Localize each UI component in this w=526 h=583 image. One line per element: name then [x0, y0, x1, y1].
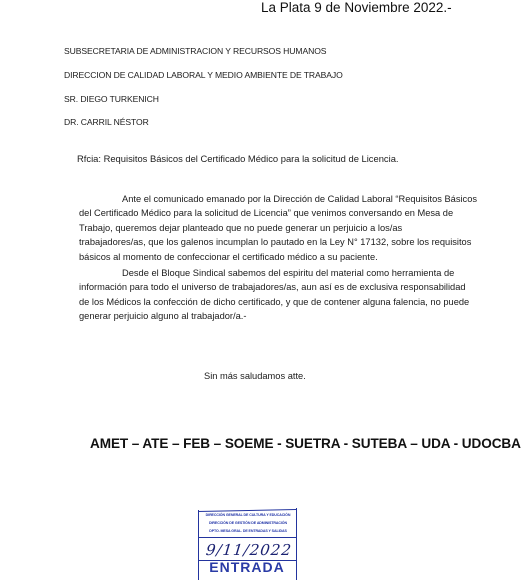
paragraph-line: trabajadores/as, que los galenos incumpl…: [79, 235, 479, 249]
document-date: La Plata 9 de Noviembre 2022.-: [261, 0, 452, 15]
paragraph-2: Desde el Bloque Sindical sabemos del esp…: [79, 266, 479, 324]
paragraph-line: información para todo el universo de tra…: [79, 280, 479, 294]
paragraph-line: Desde el Bloque Sindical sabemos del esp…: [79, 266, 479, 280]
stamp-header-line: DIRECCIÓN DE GESTIÓN DE ADMINISTRACIÓN: [201, 520, 295, 526]
closing-line: Sin más saludamos atte.: [204, 371, 306, 381]
paragraph-line: del Certificado Médico para la solicitud…: [79, 206, 479, 220]
paragraph-line: básicos al momento de confeccionar el ce…: [79, 250, 479, 264]
stamp-border: [296, 508, 297, 580]
paragraph-line: Ante el comunicado emanado por la Direcc…: [79, 192, 479, 206]
stamp-header-line: DPTO. MESA GRAL. DE ENTRADAS Y SALIDAS: [201, 528, 295, 534]
recipient-carril: DR. CARRIL NÉSTOR: [64, 117, 149, 127]
paragraph-1: Ante el comunicado emanado por la Direcc…: [79, 192, 479, 264]
stamp-divider: [198, 537, 296, 538]
recipient-turkenich: SR. DIEGO TURKENICH: [64, 94, 159, 104]
paragraph-line: generar perjuicio alguno al trabajador/a…: [79, 309, 479, 323]
stamp-label: ENTRADA: [198, 559, 296, 575]
signatories-unions: AMET – ATE – FEB – SOEME - SUETRA - SUTE…: [90, 436, 521, 451]
recipient-direccion: DIRECCION DE CALIDAD LABORAL Y MEDIO AMB…: [64, 70, 343, 80]
recipient-subsecretaria: SUBSECRETARIA DE ADMINISTRACION Y RECURS…: [64, 46, 326, 56]
paragraph-line: de los Médicos la confección de dicho ce…: [79, 295, 479, 309]
stamp-handwritten-date: 9/11/2022: [205, 541, 293, 559]
entry-stamp: DIRECCIÓN GENERAL DE CULTURA Y EDUCACIÓN…: [198, 508, 298, 581]
paragraph-line: Trabajo, queremos dejar planteado que no…: [79, 221, 479, 235]
stamp-header-line: DIRECCIÓN GENERAL DE CULTURA Y EDUCACIÓN: [201, 512, 295, 518]
reference-line: Rfcia: Requisitos Básicos del Certificad…: [77, 153, 399, 164]
